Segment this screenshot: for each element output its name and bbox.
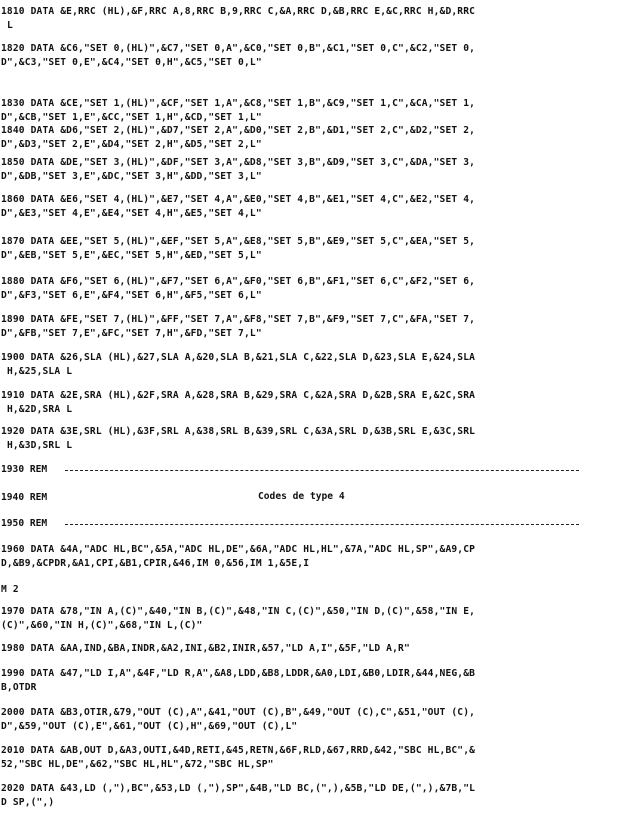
listing-line-1960: 1960 DATA &4A,"ADC HL,BC",&5A,"ADC HL,DE… (1, 543, 617, 571)
listing-line-1970: 1970 DATA &78,"IN A,(C)",&40,"IN B,(C)",… (1, 605, 617, 633)
rem-line-number: 1940 REM (1, 492, 47, 503)
dashed-rule (65, 470, 579, 471)
listing-line-1990: 1990 DATA &47,"LD I,A",&4F,"LD R,A",&A8,… (1, 667, 617, 695)
listing-line-m2: M 2 (1, 583, 617, 597)
listing-line-1870: 1870 DATA &EE,"SET 5,(HL)",&EF,"SET 5,A"… (1, 235, 617, 263)
listing-line-1900: 1900 DATA &26,SLA (HL),&27,SLA A,&20,SLA… (1, 351, 617, 379)
listing-line-1910: 1910 DATA &2E,SRA (HL),&2F,SRA A,&28,SRA… (1, 389, 617, 417)
rem-separator-1950: 1950 REM (1, 517, 619, 531)
listing-line-1920: 1920 DATA &3E,SRL (HL),&3F,SRL A,&38,SRL… (1, 425, 617, 453)
rem-line-number: 1950 REM (1, 518, 47, 529)
listing-line-2020: 2020 DATA &43,LD (,"),BC",&53,LD (,"),SP… (1, 782, 617, 810)
dashed-rule (65, 524, 579, 525)
rem-line-number: 1930 REM (1, 464, 47, 475)
listing-line-1850: 1850 DATA &DE,"SET 3,(HL)",&DF,"SET 3,A"… (1, 156, 617, 184)
listing-line-2010: 2010 DATA &AB,OUT D,&A3,OUTI,&4D,RETI,&4… (1, 744, 617, 772)
listing-line-1840: 1840 DATA &D6,"SET 2,(HL)",&D7,"SET 2,A"… (1, 124, 617, 152)
listing-line-1830: 1830 DATA &CE,"SET 1,(HL)",&CF,"SET 1,A"… (1, 97, 617, 125)
listing-line-1820: 1820 DATA &C6,"SET 0,(HL)",&C7,"SET 0,A"… (1, 42, 617, 70)
listing-line-2000: 2000 DATA &B3,OTIR,&79,"OUT (C),A",&41,"… (1, 706, 617, 734)
section-title: Codes de type 4 (258, 490, 345, 504)
listing-line-1810: 1810 DATA &E,RRC (HL),&F,RRC A,8,RRC B,9… (1, 5, 617, 33)
listing-line-1860: 1860 DATA &E6,"SET 4,(HL)",&E7,"SET 4,A"… (1, 193, 617, 221)
listing-line-1890: 1890 DATA &FE,"SET 7,(HL)",&FF,"SET 7,A"… (1, 313, 617, 341)
listing-line-1980: 1980 DATA &AA,IND,&BA,INDR,&A2,INI,&B2,I… (1, 642, 617, 656)
rem-separator-1930: 1930 REM (1, 463, 619, 477)
listing-line-1880: 1880 DATA &F6,"SET 6,(HL)",&F7,"SET 6,A"… (1, 275, 617, 303)
